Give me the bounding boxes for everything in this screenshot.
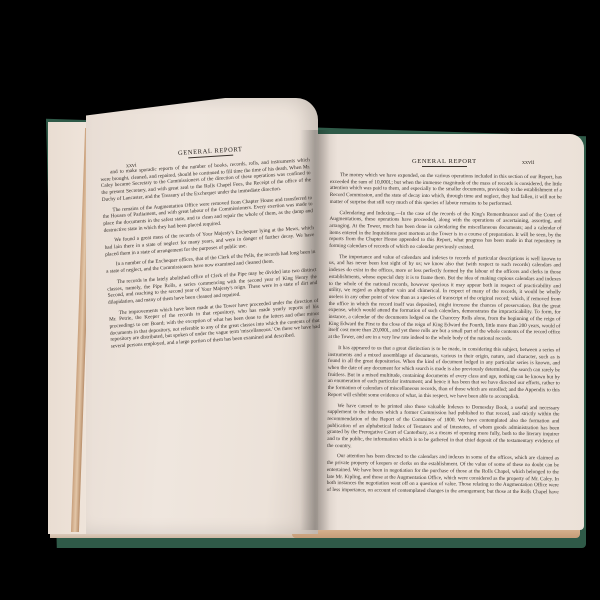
paragraph: The importance and value of calendars an… <box>328 254 561 344</box>
right-folio: xxvii <box>522 160 534 166</box>
paragraph: The improvements which have been made at… <box>109 298 321 351</box>
paragraph: We have caused to be printed also those … <box>327 402 559 451</box>
paragraph: It has appeared to us that a great disti… <box>328 345 561 401</box>
book-photo: General Report xxvi and to make sporadic… <box>0 0 600 600</box>
right-running-head: General Report <box>412 158 477 167</box>
paragraph: Our attention has been directed to the c… <box>327 453 559 494</box>
paragraph: The money which we have expended, on the… <box>330 172 562 208</box>
left-page-text: and to make sporadic reports of the numb… <box>100 157 327 449</box>
paragraph: Calendaring and Indexing.—In the case of… <box>329 210 561 253</box>
right-page-text: The money which we have expended, on the… <box>327 172 562 494</box>
